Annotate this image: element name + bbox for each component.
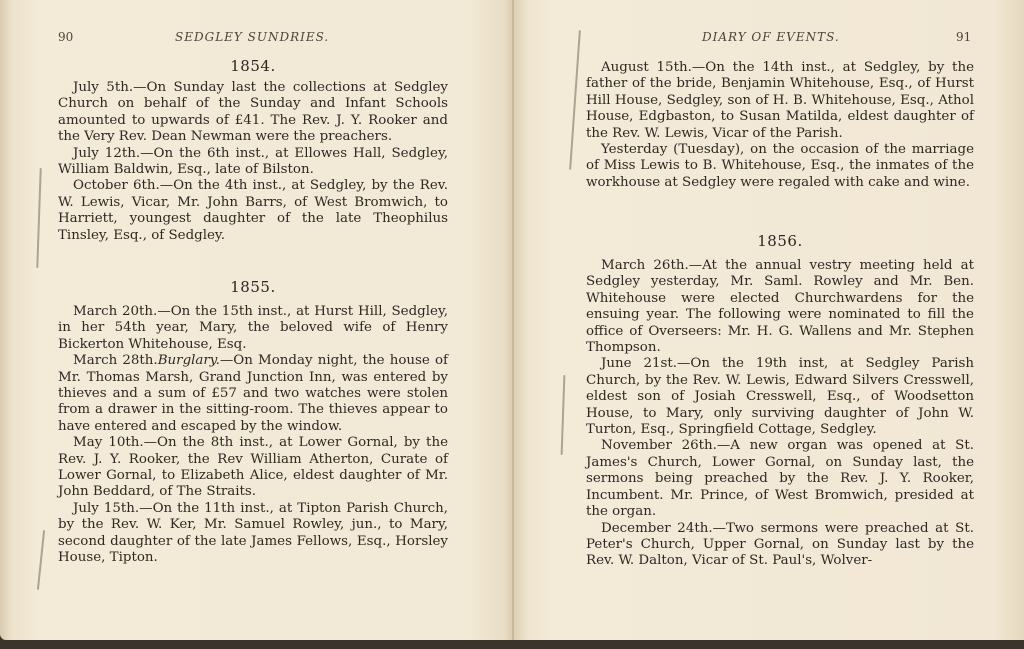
running-head: DIARY OF EVENTS.	[702, 30, 840, 44]
text-block-continued: August 15th.—On the 14th inst., at Sedgl…	[586, 60, 974, 191]
right-page: DIARY OF EVENTS. 91 August 15th.—On the …	[514, 0, 1024, 640]
entry: July 12th.—On the 6th inst., at Ellowes …	[58, 146, 448, 179]
entry: August 15th.—On the 14th inst., at Sedgl…	[586, 60, 974, 142]
left-page: 90 SEDGLEY SUNDRIES. 1854. July 5th.—On …	[0, 0, 514, 640]
entry: May 10th.—On the 8th inst., at Lower Gor…	[58, 435, 448, 501]
entry: October 6th.—On the 4th inst., at Sedgle…	[58, 178, 448, 244]
year-heading: 1855.	[58, 278, 448, 296]
pencil-mark	[561, 375, 566, 455]
running-head: SEDGLEY SUNDRIES.	[175, 30, 329, 44]
entry: June 21st.—On the 19th inst, at Sedgley …	[586, 356, 974, 438]
text-block-1854: July 5th.—On Sunday last the collections…	[58, 80, 448, 244]
entry: Yesterday (Tuesday), on the occasion of …	[586, 142, 974, 191]
entry: December 24th.—Two sermons were preached…	[586, 521, 974, 570]
entry: July 5th.—On Sunday last the collections…	[58, 80, 448, 146]
page-number: 91	[956, 30, 971, 44]
pencil-mark	[37, 530, 45, 590]
text-block-1855: March 20th.—On the 15th inst., at Hurst …	[58, 304, 448, 567]
year-heading: 1854.	[58, 57, 448, 75]
year-heading: 1856.	[586, 232, 974, 250]
book-spread: 90 SEDGLEY SUNDRIES. 1854. July 5th.—On …	[0, 0, 1024, 643]
pencil-mark	[569, 30, 581, 170]
entry: July 15th.—On the 11th inst., at Tipton …	[58, 501, 448, 567]
page-number: 90	[58, 30, 73, 44]
entry: March 28th.Burglary.—On Monday night, th…	[58, 353, 448, 435]
entry: March 26th.—At the annual vestry meeting…	[586, 258, 974, 356]
text-block-1856: March 26th.—At the annual vestry meeting…	[586, 258, 974, 570]
entry: March 20th.—On the 15th inst., at Hurst …	[58, 304, 448, 353]
entry: November 26th.—A new organ was opened at…	[586, 438, 974, 520]
pencil-mark	[36, 168, 41, 268]
